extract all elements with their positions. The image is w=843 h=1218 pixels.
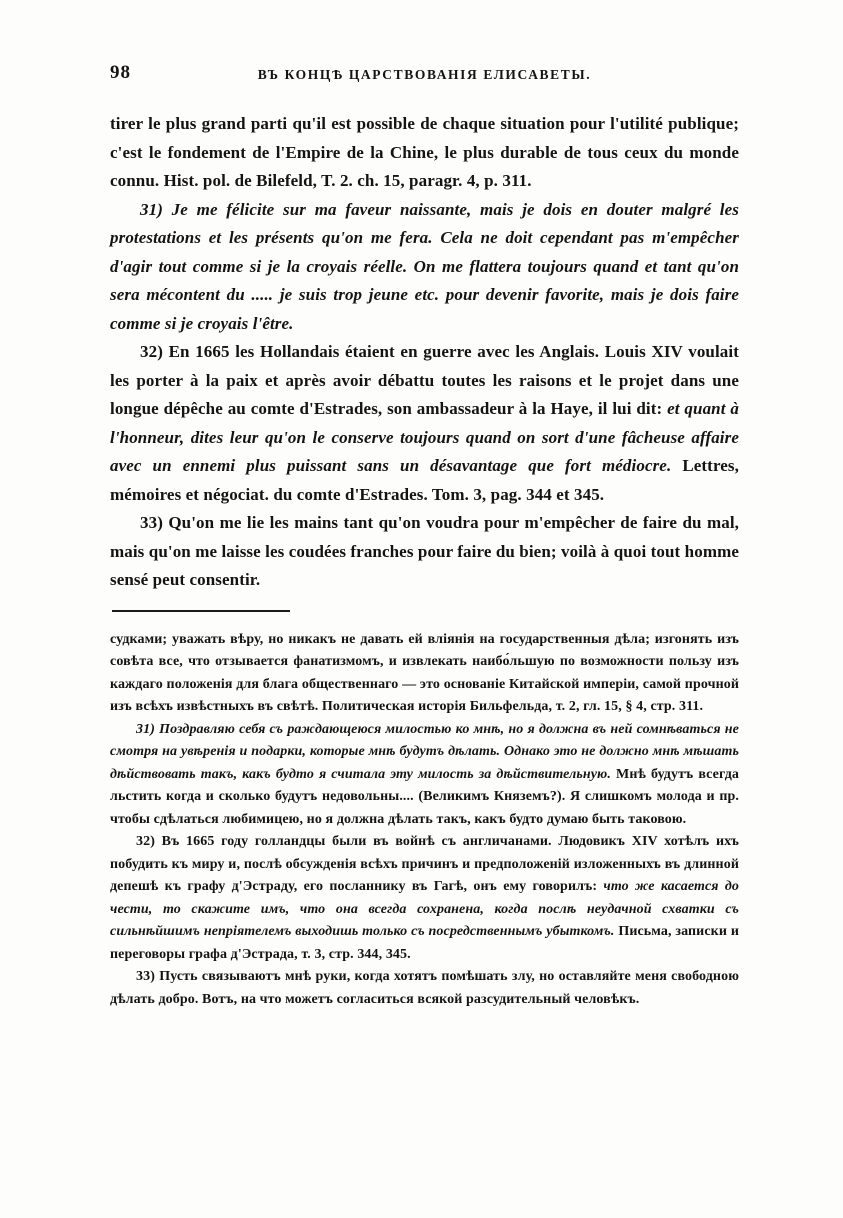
footnote-continuation: судками; уважать вѣру, но никакъ не дава… [110, 629, 739, 719]
note-32-french: 32) En 1665 les Hollandais étaient en gu… [110, 338, 739, 509]
note-33-french: 33) Qu'on me lie les mains tant qu'on vo… [110, 509, 739, 595]
footnote-32-russian: 32) Въ 1665 году голландцы были въ войнѣ… [110, 831, 739, 966]
footnote-divider [112, 610, 290, 612]
page-number: 98 [110, 62, 131, 84]
running-title: ВЪ КОНЦѢ ЦАРСТВОВАНІЯ ЕЛИСАВЕТЫ. [110, 62, 739, 83]
paragraph-continuation: tirer le plus grand parti qu'il est poss… [110, 110, 739, 196]
footnote-31-russian: 31) Поздравляю себя съ раждающеюся милос… [110, 719, 739, 832]
footnote-33-russian: 33) Пусть связываютъ мнѣ руки, когда хот… [110, 966, 739, 1011]
note-32-intro: 32) En 1665 les Hollandais étaient en gu… [110, 342, 739, 418]
main-text-french: tirer le plus grand parti qu'il est poss… [110, 110, 739, 595]
page-header: 98 ВЪ КОНЦѢ ЦАРСТВОВАНІЯ ЕЛИСАВЕТЫ. [110, 62, 739, 88]
book-page: 98 ВЪ КОНЦѢ ЦАРСТВОВАНІЯ ЕЛИСАВЕТЫ. tire… [0, 0, 843, 1218]
note-31-french: 31) Je me félicite sur ma faveur naissan… [110, 196, 739, 339]
footnotes-russian: судками; уважать вѣру, но никакъ не дава… [110, 629, 739, 1012]
